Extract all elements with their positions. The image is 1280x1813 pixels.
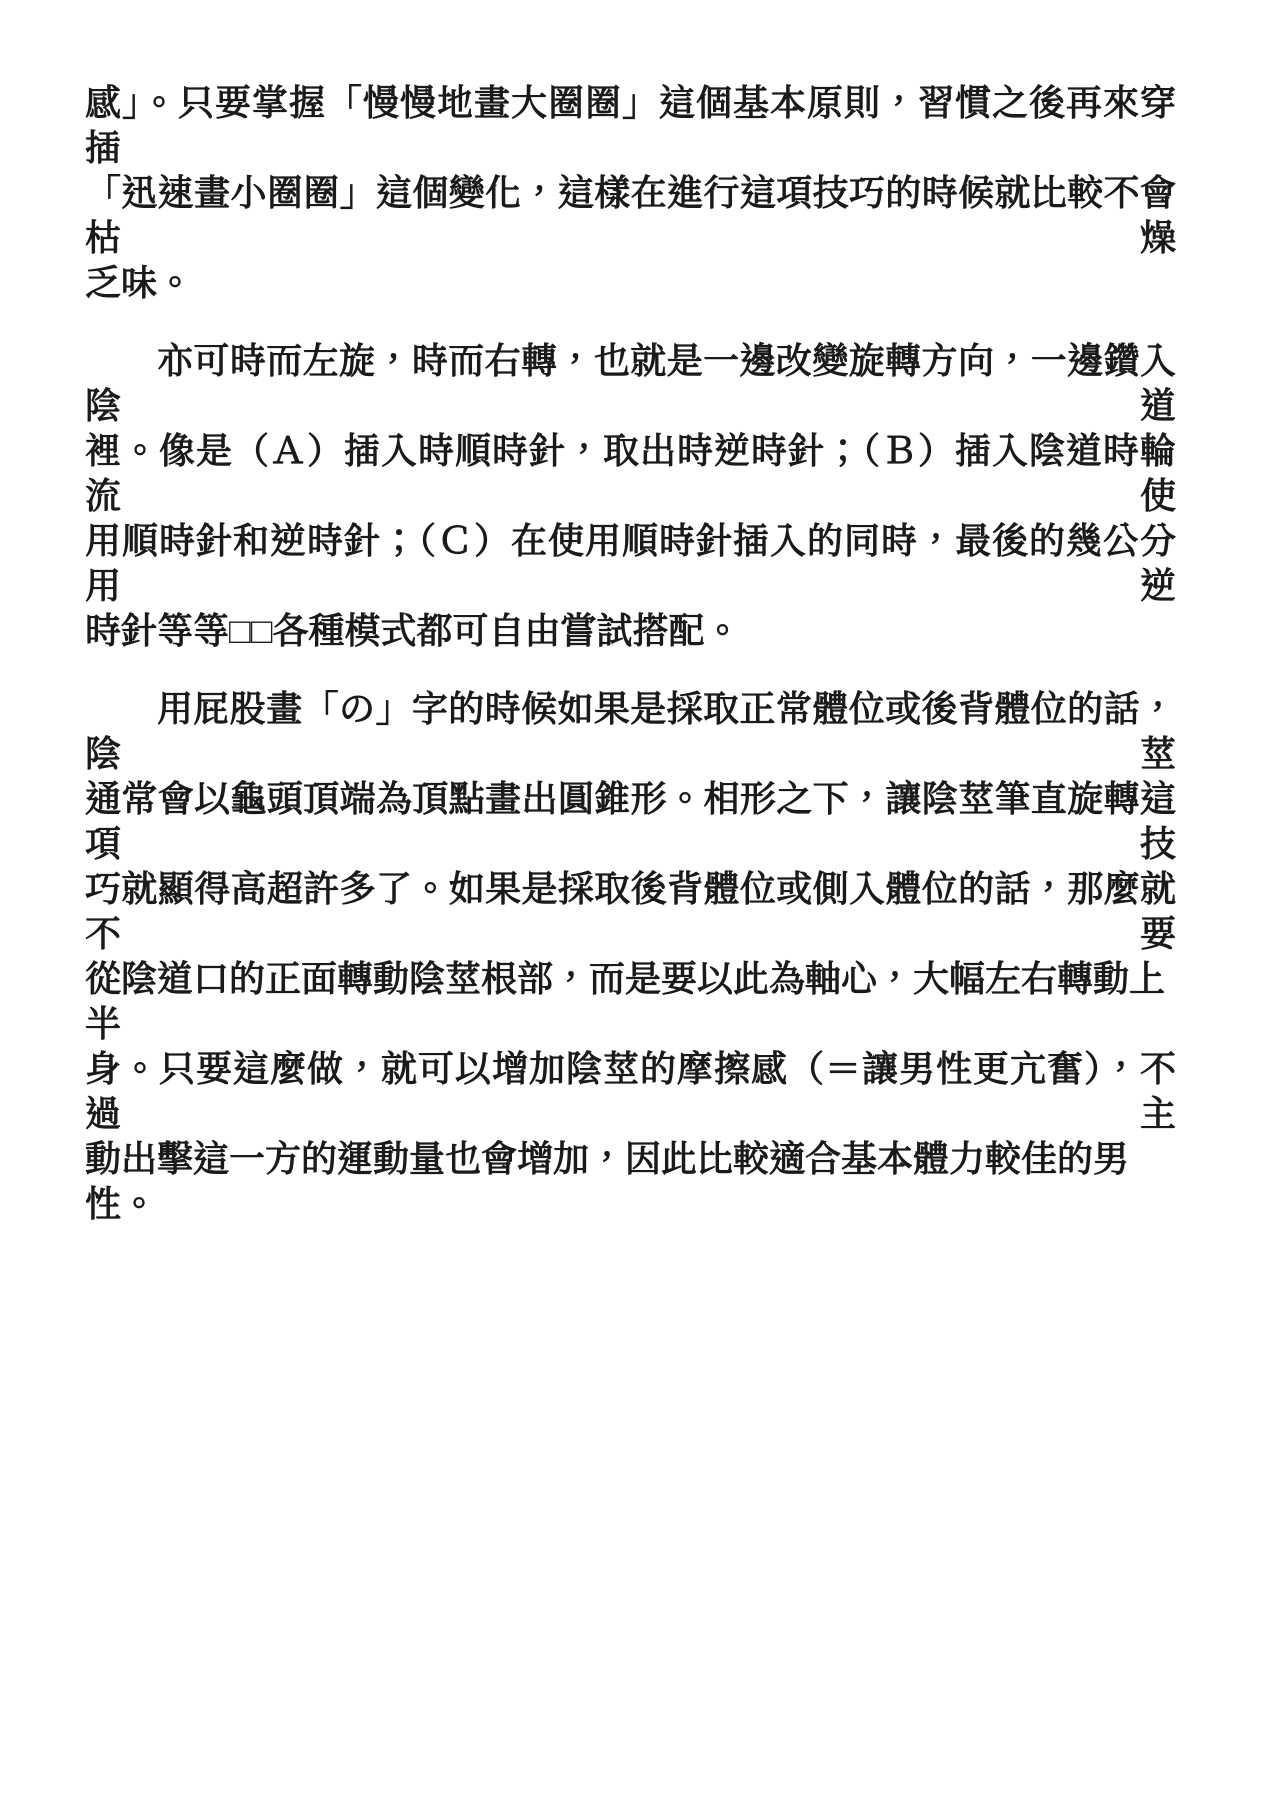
paragraph-3: 用屁股畫「の」字的時候如果是採取正常體位或後背體位的話，陰莖 通常會以龜頭頂端為… xyxy=(85,686,1176,1226)
text-line: 從陰道口的正面轉動陰莖根部，而是要以此為軸心，大幅左右轉動上半 xyxy=(85,956,1176,1046)
paragraph-1: 感」。只要掌握「慢慢地畫大圈圈」這個基本原則，習慣之後再來穿插 「迅速畫小圈圈」… xyxy=(85,80,1176,305)
text-line: 巧就顯得高超許多了。如果是採取後背體位或側入體位的話，那麼就不要 xyxy=(85,866,1176,956)
text-line: 時針等等□□各種模式都可自由嘗試搭配。 xyxy=(85,608,1176,653)
text-line: 亦可時而左旋，時而右轉，也就是一邊改變旋轉方向，一邊鑽入陰道 xyxy=(85,338,1176,428)
paragraph-2: 亦可時而左旋，時而右轉，也就是一邊改變旋轉方向，一邊鑽入陰道 裡。像是（Ａ）插入… xyxy=(85,338,1176,653)
text-line: 身。只要這麼做，就可以增加陰莖的摩擦感（＝讓男性更亢奮），不過主 xyxy=(85,1046,1176,1136)
text-line: 用屁股畫「の」字的時候如果是採取正常體位或後背體位的話，陰莖 xyxy=(85,686,1176,776)
text-line: 通常會以龜頭頂端為頂點畫出圓錐形。相形之下，讓陰莖筆直旋轉這項技 xyxy=(85,776,1176,866)
text-line: 乏味。 xyxy=(85,260,1176,305)
document-page: 感」。只要掌握「慢慢地畫大圈圈」這個基本原則，習慣之後再來穿插 「迅速畫小圈圈」… xyxy=(0,0,1280,1813)
text-line: 「迅速畫小圈圈」這個變化，這樣在進行這項技巧的時候就比較不會枯燥 xyxy=(85,170,1176,260)
text-line: 動出擊這一方的運動量也會增加，因此比較適合基本體力較佳的男性。 xyxy=(85,1136,1176,1226)
text-line: 感」。只要掌握「慢慢地畫大圈圈」這個基本原則，習慣之後再來穿插 xyxy=(85,80,1176,170)
text-line: 裡。像是（Ａ）插入時順時針，取出時逆時針；（Ｂ）插入陰道時輪流使 xyxy=(85,428,1176,518)
text-line: 用順時針和逆時針；（Ｃ）在使用順時針插入的同時，最後的幾公分用逆 xyxy=(85,518,1176,608)
